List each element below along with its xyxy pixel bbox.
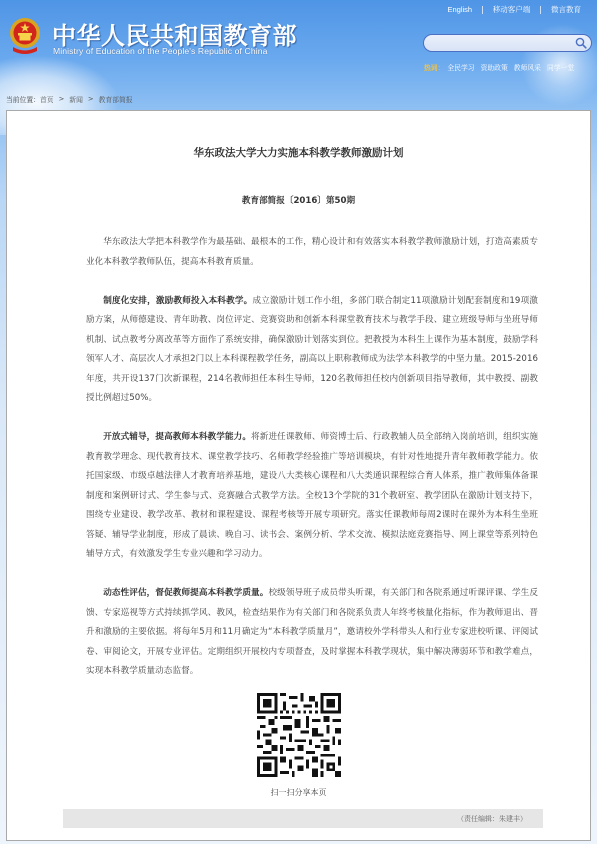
paragraph-lead: 动态性评估，督促教师提高本科教学质量。 — [103, 588, 268, 598]
paragraph-text: 将新进任课教师、师资博士后、行政教辅人员全部纳入岗前培训，组织实施教育教学理念、… — [86, 432, 538, 559]
search-input[interactable] — [432, 40, 577, 55]
breadcrumb: 当前位置： 首页 > 新闻 > 教育部简报 — [6, 94, 133, 104]
national-emblem-icon — [8, 16, 42, 56]
weiyan-education-link[interactable]: 微言教育 — [551, 4, 581, 15]
breadcrumb-home[interactable]: 首页 — [40, 94, 54, 104]
paragraph-text: 华东政法大学把本科教学作为最基础、最根本的工作，精心设计和有效落实本科教学教师激… — [86, 237, 538, 267]
article-paragraph: 华东政法大学把本科教学作为最基础、最根本的工作，精心设计和有效落实本科教学教师激… — [86, 233, 538, 272]
breadcrumb-separator: > — [59, 95, 65, 103]
article-paragraph: 开放式辅导，提高教师本科教学能力。将新进任课教师、师资博士后、行政教辅人员全部纳… — [86, 428, 538, 565]
breadcrumb-news[interactable]: 新闻 — [69, 94, 83, 104]
hotwords-colon: ： — [438, 62, 445, 72]
paragraph-lead: 开放式辅导，提高教师本科教学能力。 — [103, 432, 251, 442]
hotwords-label: 热词 — [424, 62, 438, 72]
article-title: 华东政法大学大力实施本科教学教师激励计划 — [7, 145, 590, 160]
article-paragraph: 制度化安排，激励教师投入本科教学。成立激励计划工作小组，多部门联合制定11项激励… — [86, 292, 538, 409]
qr-caption: 扫一扫分享本页 — [7, 787, 590, 798]
article-paragraph: 动态性评估，督促教师提高本科教学质量。校级领导班子成员带头听课，有关部门和各院系… — [86, 584, 538, 682]
breadcrumb-briefing[interactable]: 教育部简报 — [99, 94, 133, 104]
editor-bar: （责任编辑：朱建丰） — [63, 809, 543, 828]
hotword-link[interactable]: 全民学习 — [447, 62, 474, 72]
search-box — [423, 34, 592, 52]
divider: | — [539, 5, 542, 14]
hotword-link[interactable]: 教师风采 — [514, 62, 541, 72]
article-card: 华东政法大学大力实施本科教学教师激励计划 教育部简报〔2016〕第50期 华东政… — [6, 110, 591, 841]
site-subtitle: Ministry of Education of the People's Re… — [53, 46, 267, 56]
article-issue: 教育部简报〔2016〕第50期 — [7, 194, 590, 206]
responsible-editor: （责任编辑：朱建丰） — [457, 814, 527, 824]
article-body: 华东政法大学把本科教学作为最基础、最根本的工作，精心设计和有效落实本科教学教师激… — [86, 233, 538, 701]
hotword-link[interactable]: 资助政策 — [481, 62, 508, 72]
qr-code-icon — [257, 693, 341, 777]
site-header: 中华人民共和国教育部 Ministry of Education of the … — [0, 0, 597, 88]
divider: | — [481, 5, 484, 14]
hotword-link[interactable]: 同学一堂 — [547, 62, 574, 72]
breadcrumb-prefix: 当前位置： — [6, 94, 40, 104]
paragraph-lead: 制度化安排，激励教师投入本科教学。 — [103, 296, 252, 306]
english-link[interactable]: English — [447, 5, 472, 14]
paragraph-text: 校级领导班子成员带头听课，有关部门和各院系通过听课评课、学生反馈、专家巡视等方式… — [86, 588, 538, 676]
mobile-client-link[interactable]: 移动客户端 — [493, 4, 531, 15]
top-links: English | 移动客户端 | 微言教育 — [447, 4, 581, 15]
search-icon[interactable] — [575, 37, 587, 49]
hotwords: 热词 ： 全民学习 资助政策 教师风采 同学一堂 — [424, 62, 580, 72]
paragraph-text: 成立激励计划工作小组，多部门联合制定11项激励计划配套制度和19项激励方案，从师… — [86, 296, 538, 404]
breadcrumb-separator: > — [88, 95, 94, 103]
